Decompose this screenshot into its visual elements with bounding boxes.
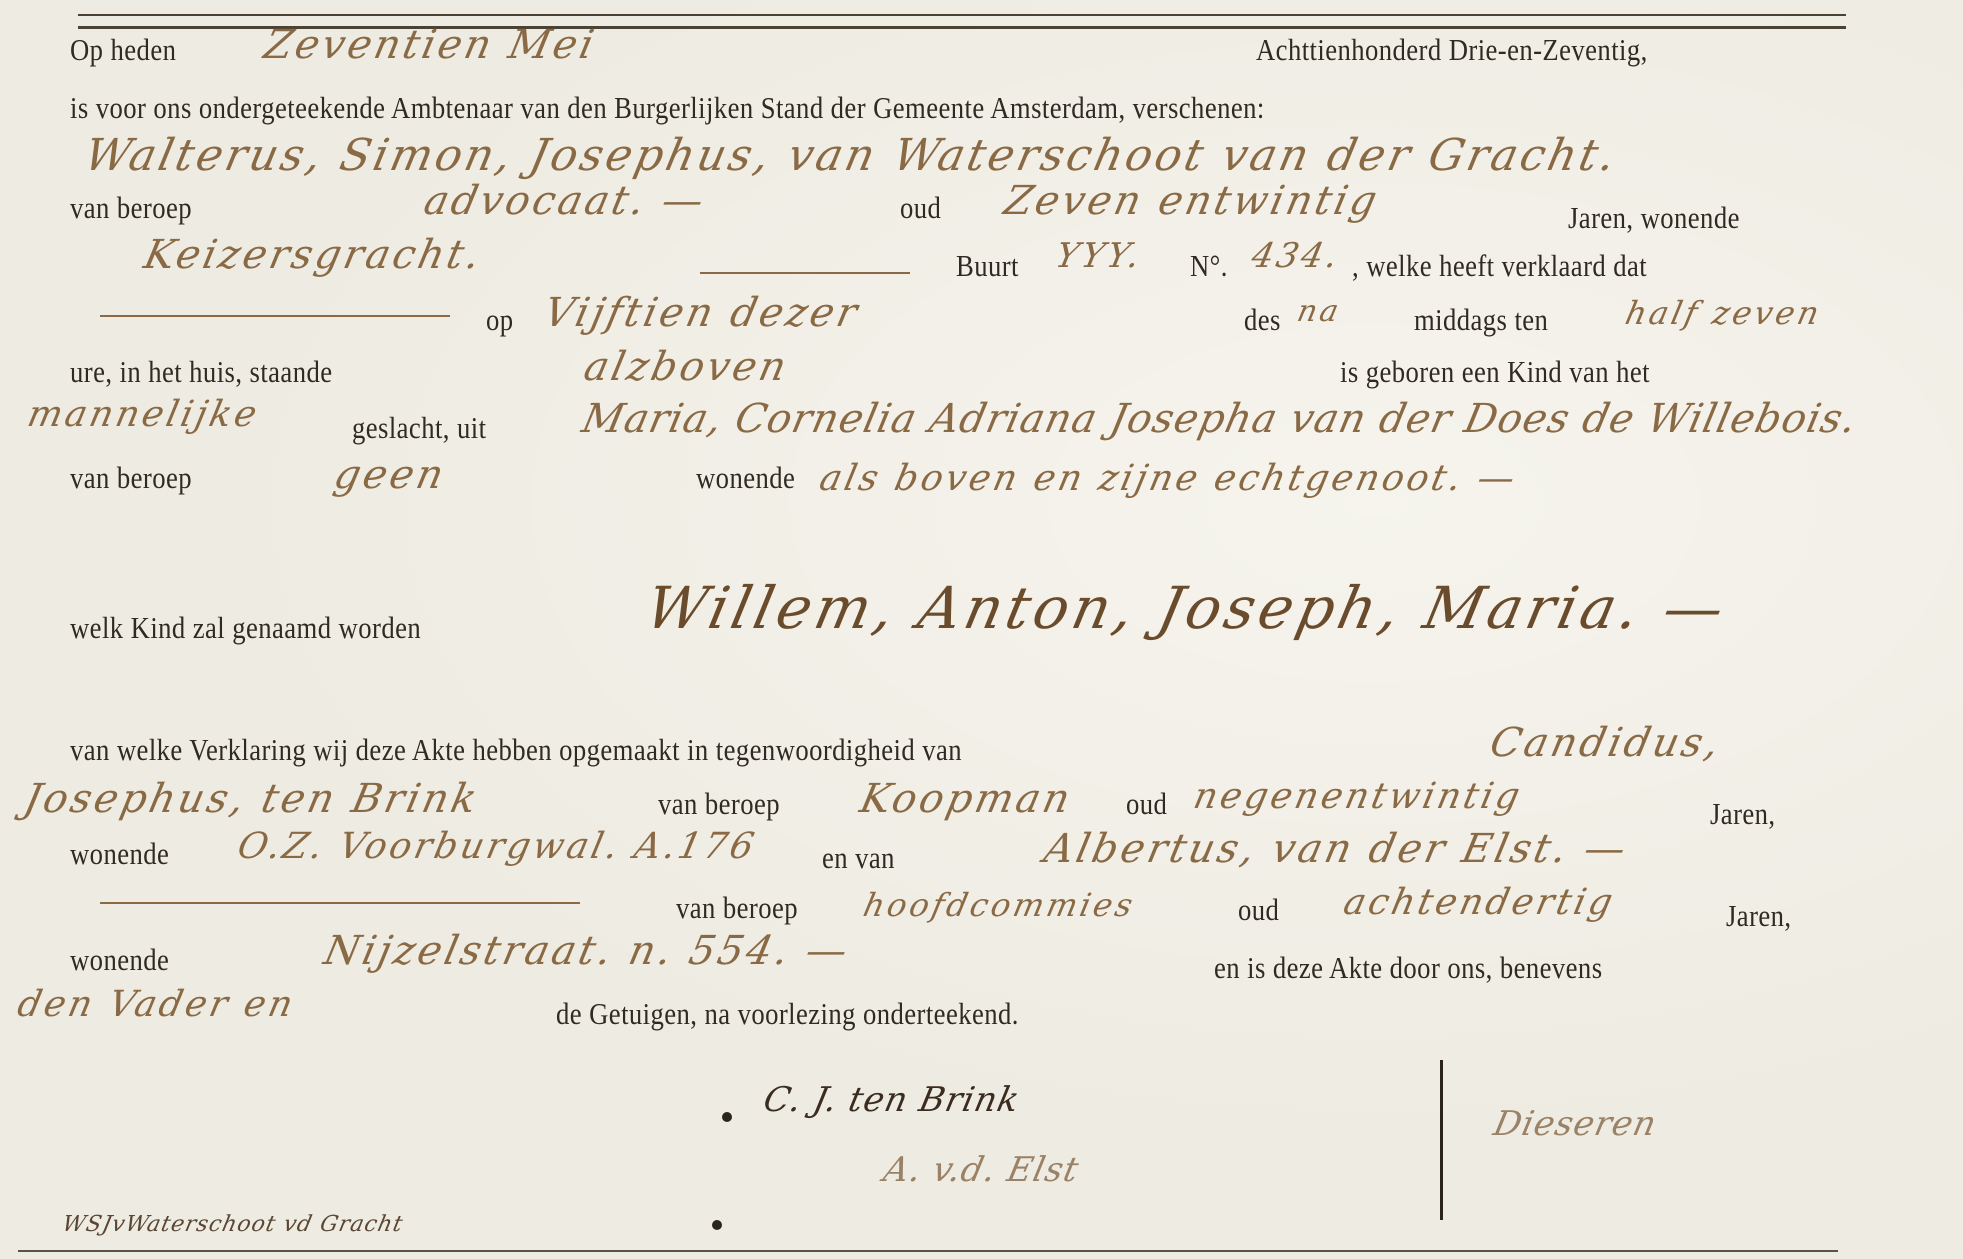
handwritten-witness1-occupation: Koopman <box>856 776 1077 822</box>
handwritten-witness2-occupation: hoofdcommies <box>860 886 1139 924</box>
header-rule-thin <box>78 14 1846 16</box>
handwritten-witness2-name: Albertus, van der Elst. — <box>1040 826 1633 872</box>
handwritten-witness2-age: achtendertig <box>1340 882 1619 923</box>
handwritten-mother-residence: als boven en zijne echtgenoot. — <box>816 458 1521 499</box>
printed-is-geboren: is geboren een Kind van het <box>1340 354 1650 390</box>
signature-father: WSJvWaterschoot vd Gracht <box>60 1212 406 1237</box>
signature-brace <box>1440 1060 1443 1220</box>
printed-van-beroep: van beroep <box>676 890 798 926</box>
printed-ure-in-het-huis: ure, in het huis, staande <box>70 354 332 390</box>
handwritten-declarant-name: Walterus, Simon, Josephus, van Waterscho… <box>80 130 1623 181</box>
signature-witness1: C. J. ten Brink <box>760 1080 1024 1120</box>
handwritten-birth-time: half zeven <box>1622 294 1825 332</box>
printed-intro-line: is voor ons ondergeteekende Ambtenaar va… <box>70 90 1265 126</box>
handwritten-declarant-occupation: advocaat. — <box>420 178 711 224</box>
handwritten-witness1-age: negenentwintig <box>1190 776 1526 817</box>
printed-en-van: en van <box>822 840 895 876</box>
printed-buurt: Buurt <box>956 248 1019 284</box>
printed-op-heden: Op heden <box>70 32 176 68</box>
printed-kind-genaamd: welk Kind zal genaamd worden <box>70 610 421 646</box>
printed-jaren: Jaren, <box>1710 796 1775 832</box>
fill-dash <box>700 272 910 274</box>
signature-witness2: A. v.d. Elst <box>880 1150 1083 1190</box>
printed-middags-ten: middags ten <box>1414 302 1548 338</box>
handwritten-mother-name: Maria, Cornelia Adriana Josepha van der … <box>578 396 1861 442</box>
fill-dash <box>100 902 580 904</box>
printed-number-sign: N°. <box>1190 248 1228 284</box>
handwritten-witness2-residence: Nijzelstraat. n. 554. — <box>320 928 854 974</box>
handwritten-sex: mannelijke <box>24 394 263 435</box>
printed-wonende: wonende <box>70 942 169 978</box>
handwritten-witness1-residence: O.Z. Voorburgwal. A.176 <box>234 826 760 867</box>
handwritten-declarant-residence: Keizersgracht. <box>140 232 487 278</box>
handwritten-witness1-name: Josephus, ten Brink <box>20 776 484 822</box>
printed-oud: oud <box>1238 892 1279 928</box>
printed-year: Achttienhonderd Drie-en-Zeventig, <box>1256 32 1648 68</box>
printed-wonende: wonende <box>70 836 169 872</box>
signature-official: Dieseren <box>1490 1104 1661 1144</box>
printed-van-beroep: van beroep <box>70 460 192 496</box>
handwritten-house-number: 434. <box>1248 236 1344 276</box>
handwritten-child-name: Willem, Anton, Joseph, Maria. — <box>640 574 1734 642</box>
handwritten-buurt: YYY. <box>1052 236 1146 276</box>
printed-oud: oud <box>900 190 941 226</box>
handwritten-date: Zeventien Mei <box>260 22 601 68</box>
printed-van-beroep: van beroep <box>70 190 192 226</box>
printed-wonende: wonende <box>696 460 795 496</box>
printed-getuigen-onderteekend: de Getuigen, na voorlezing onderteekend. <box>556 996 1019 1032</box>
handwritten-declarant-age: Zeven entwintig <box>1000 178 1384 224</box>
handwritten-birth-place: alzboven <box>580 344 793 390</box>
printed-verklaard-dat: , welke heeft verklaard dat <box>1352 248 1647 284</box>
printed-van-beroep: van beroep <box>658 786 780 822</box>
handwritten-birth-day: Vijftien dezer <box>540 290 864 336</box>
handwritten-vader-note: den Vader en <box>14 984 299 1025</box>
printed-jaren-wonende: Jaren, wonende <box>1568 200 1740 236</box>
printed-akte-door-ons: en is deze Akte door ons, benevens <box>1214 950 1603 986</box>
printed-verklaring-line: van welke Verklaring wij deze Akte hebbe… <box>70 732 962 768</box>
printed-jaren: Jaren, <box>1726 898 1791 934</box>
printed-geslacht-uit: geslacht, uit <box>352 410 486 446</box>
handwritten-witness1-first: Candidus, <box>1486 720 1726 766</box>
fill-dash <box>100 315 450 317</box>
signature-bullet <box>722 1112 732 1122</box>
handwritten-am-pm: na <box>1294 294 1345 329</box>
printed-op: op <box>486 302 514 338</box>
footer-rule <box>18 1250 1838 1252</box>
printed-des: des <box>1244 302 1281 338</box>
printed-oud: oud <box>1126 786 1167 822</box>
handwritten-mother-occupation: geen <box>330 452 450 498</box>
signature-bullet <box>712 1220 722 1230</box>
civil-record-page: Op heden Zeventien Mei Achttienhonderd D… <box>0 0 1963 1259</box>
